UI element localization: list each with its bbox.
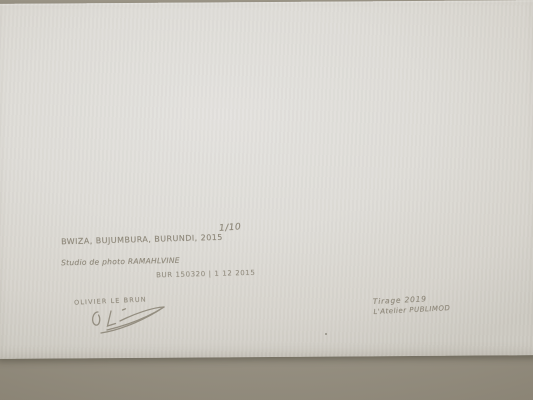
dust-speck: [325, 333, 327, 335]
artist-signature-flourish: [84, 301, 176, 337]
photo-of-print-verso: 1/10 BWIZA, BUJUMBURA, BURUNDI, 2015 Stu…: [0, 0, 533, 400]
print-lab-inscription: Tirage 2019 L'Atelier PUBLIMOD: [373, 293, 451, 316]
